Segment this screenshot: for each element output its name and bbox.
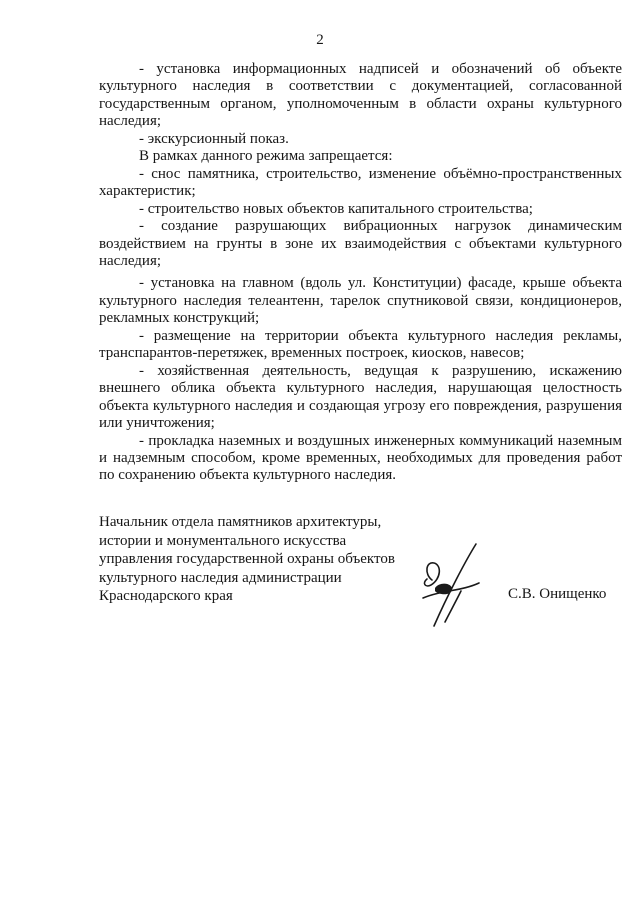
body-paragraph: - создание разрушающих вибрационных нагр…: [99, 218, 622, 270]
body-paragraph: - экскурсионный показ.: [99, 131, 622, 148]
body-paragraph: - строительство новых объектов капитальн…: [99, 201, 622, 218]
body-paragraph: - хозяйственная деятельность, ведущая к …: [99, 363, 622, 433]
signature-icon: [420, 542, 482, 630]
body-paragraph: - прокладка наземных и воздушных инженер…: [99, 433, 622, 485]
page-number: 2: [0, 32, 640, 49]
body-paragraph: - установка на главном (вдоль ул. Консти…: [99, 275, 622, 327]
body-paragraph: - размещение на территории объекта культ…: [99, 328, 622, 363]
document-page: 2 - установка информационных надписей и …: [0, 0, 640, 905]
signatory-position-line: управления государственной охраны объект…: [99, 550, 622, 569]
document-body: - установка информационных надписей и об…: [99, 61, 622, 485]
signatory-position-line: истории и монументального искусства: [99, 532, 622, 551]
signatory-position-line: Начальник отдела памятников архитектуры,: [99, 513, 622, 532]
body-paragraph: - установка информационных надписей и об…: [99, 61, 622, 131]
body-paragraph: В рамках данного режима запрещается:: [99, 148, 622, 165]
body-paragraph: - снос памятника, строительство, изменен…: [99, 166, 622, 201]
signatory-name: С.В. Онищенко: [508, 585, 606, 604]
signature-block: Начальник отдела памятников архитектуры,…: [99, 513, 622, 643]
